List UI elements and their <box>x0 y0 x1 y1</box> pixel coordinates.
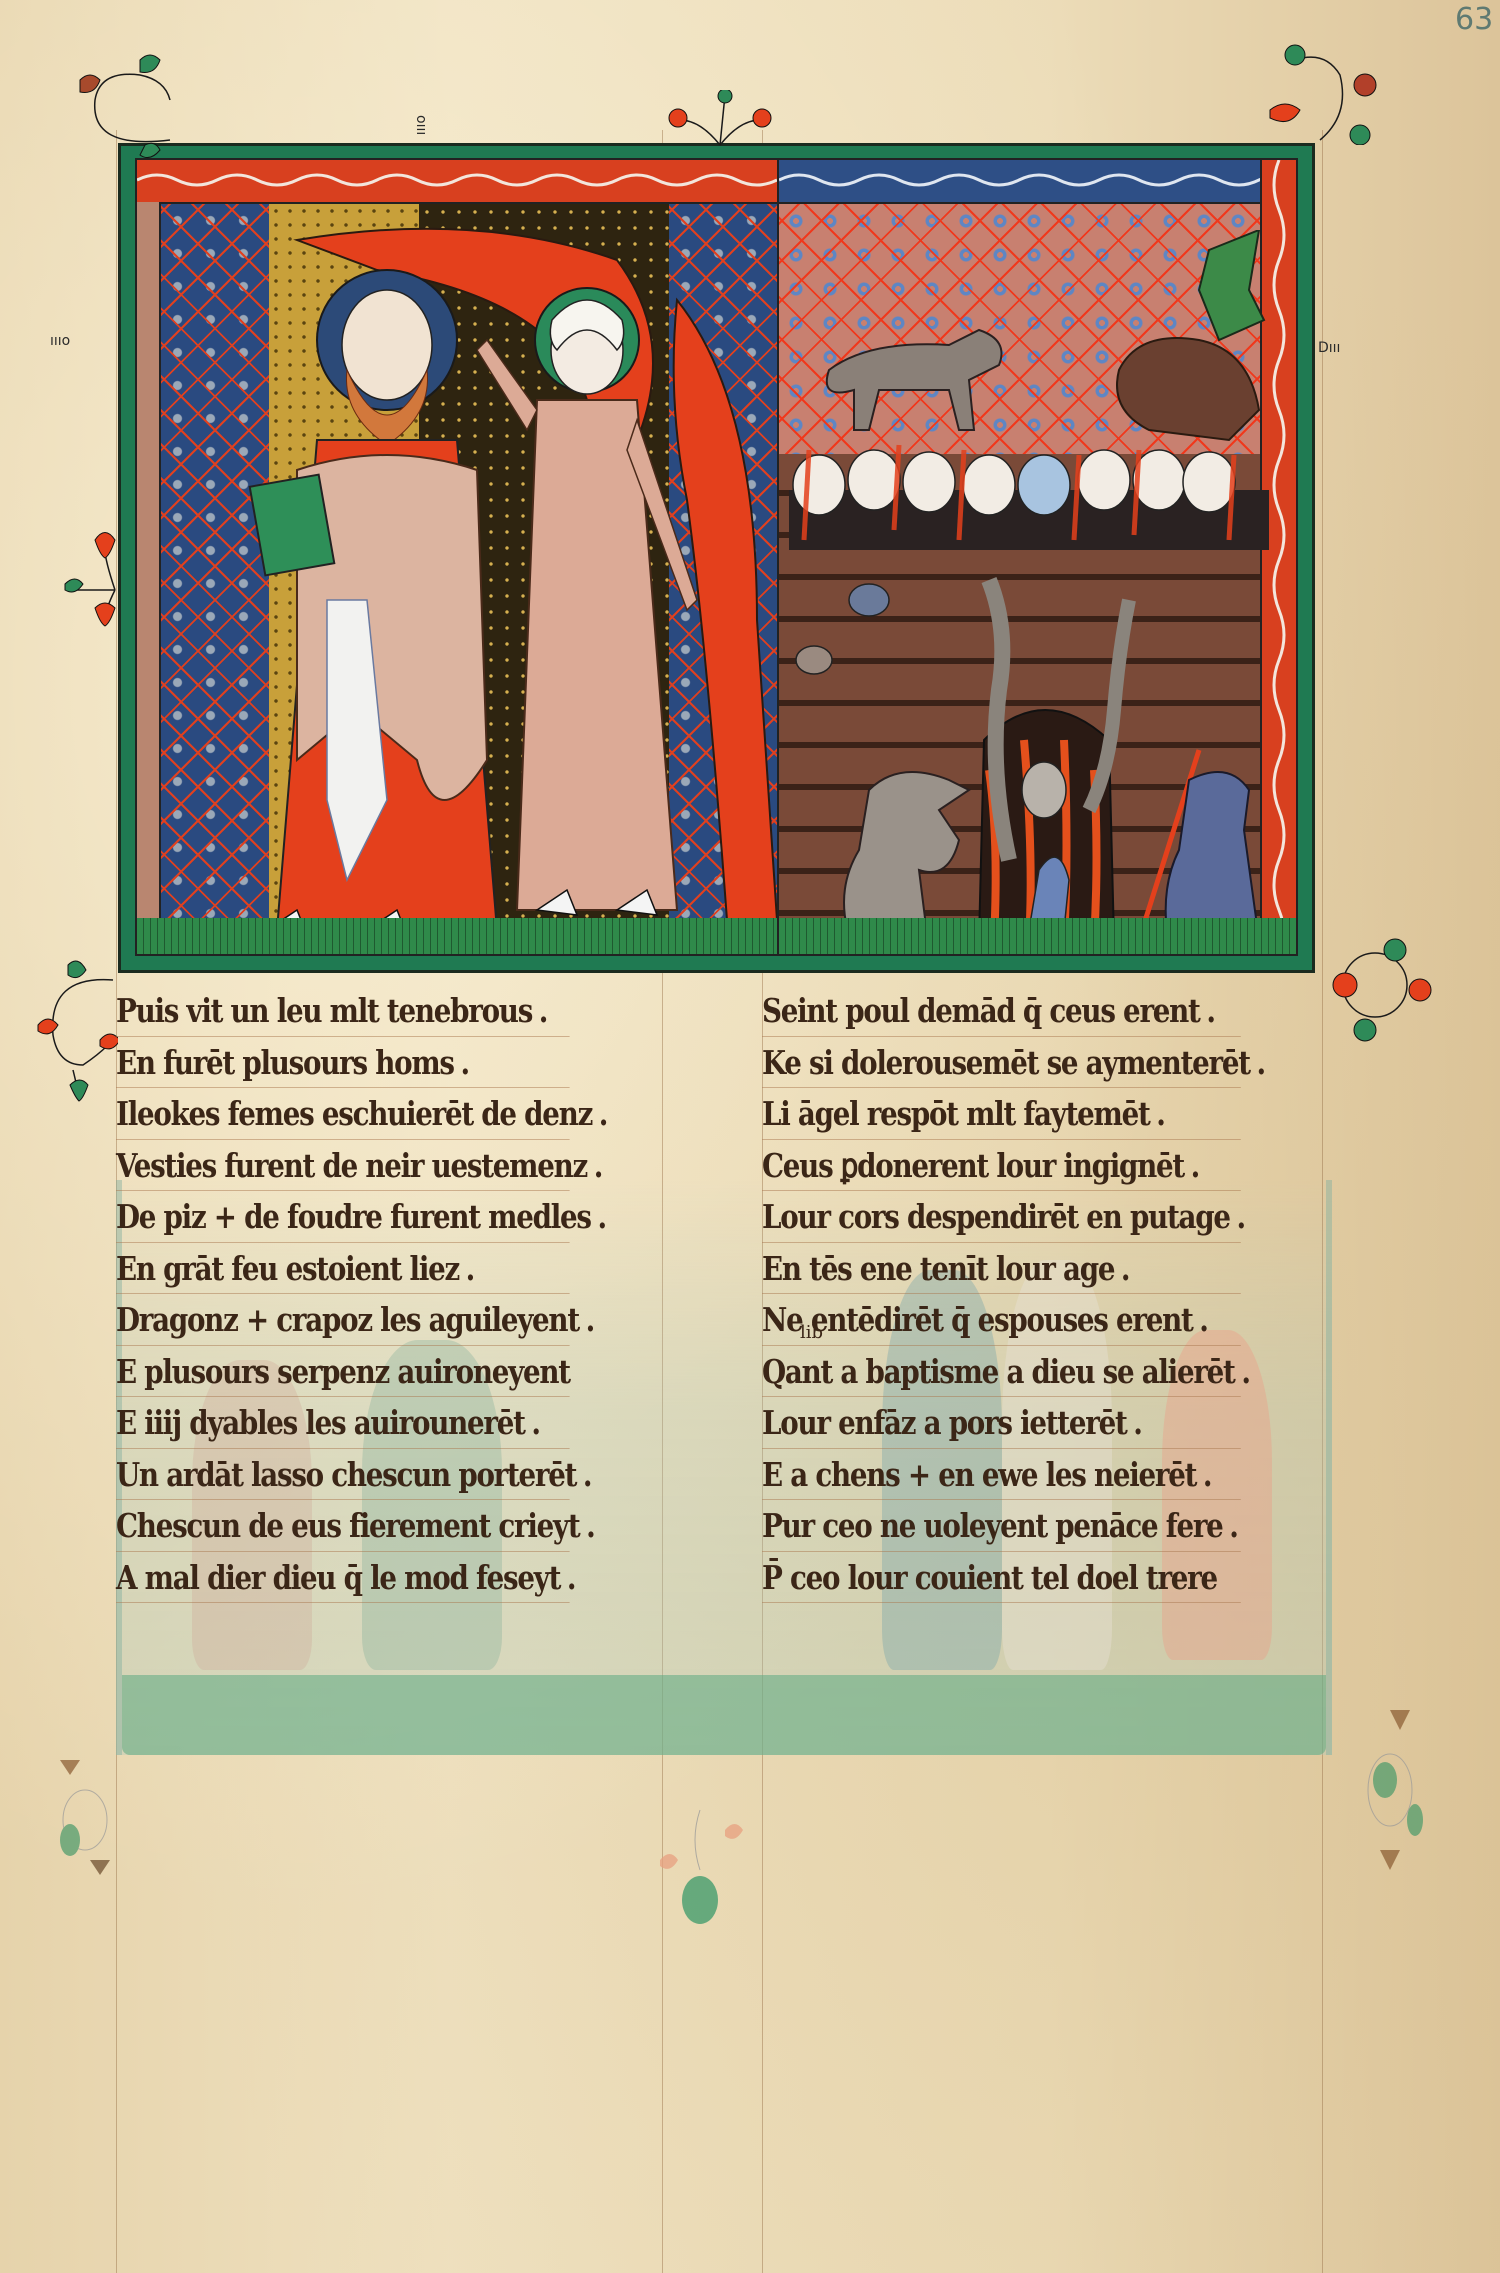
miniature-right-scene <box>777 160 1296 954</box>
verse-line: E a chens + en ewe les neierēt. <box>762 1449 1241 1501</box>
verse-text: Seint poul demād q̄ ceus erent <box>762 991 1200 1030</box>
verse-line: Seint poul demād q̄ ceus erent. <box>762 985 1241 1037</box>
faded-vine-flourish-icon <box>1355 1700 1435 1880</box>
angel-figure <box>477 270 717 930</box>
trefoil-flourish-icon <box>660 90 780 150</box>
verse-line: Lour enfāz a pors ietterēt. <box>762 1397 1241 1449</box>
verse-text: Un ardāt lasso chescun porterēt <box>116 1455 576 1494</box>
verse-text: Qant a baptisme a dieu se alierēt <box>762 1352 1235 1391</box>
verse-punctuation: . <box>466 1249 474 1288</box>
verse-line: De piz + de foudre furent medles. <box>116 1191 570 1243</box>
toad-icon <box>789 630 839 690</box>
damned-souls-row <box>789 430 1269 550</box>
verse-punctuation: . <box>597 1197 605 1236</box>
verse-line: Qant a baptisme a dieu se alierēt. <box>762 1346 1241 1398</box>
verse-line: E plusours serpenz auironeyent <box>116 1346 570 1398</box>
verse-punctuation: . <box>1156 1094 1164 1133</box>
margin-mark-right: Dııı <box>1318 340 1340 356</box>
verse-text: Li āgel respōt mlt faytemēt <box>762 1094 1150 1133</box>
verse-text: De piz + de foudre furent medles <box>116 1197 591 1236</box>
verse-text: Ne entēdirēt q̄ espouses erent <box>762 1300 1193 1339</box>
miniature-inner-frame <box>135 158 1298 956</box>
verse-line: En grāt feu estoient liez. <box>116 1243 570 1295</box>
verse-punctuation: . <box>539 991 547 1030</box>
verse-line: Dragonz + crapoz les aguileyent. <box>116 1294 570 1346</box>
margin-mark-top: oııı <box>413 115 429 135</box>
verse-text: A mal dier dieu q̄ le mod feseyt <box>116 1558 560 1597</box>
verse-text: Ceus ꝑdonerent lour ingignēt <box>762 1146 1184 1185</box>
vine-flourish-icon <box>70 40 180 160</box>
verse-line: Li āgel respōt mlt faytemēt. <box>762 1088 1241 1140</box>
toad-icon <box>839 570 899 630</box>
verse-punctuation: . <box>1203 1455 1211 1494</box>
verse-punctuation: . <box>1199 1300 1207 1339</box>
trefoil-flourish-icon <box>1265 35 1395 145</box>
verse-punctuation: . <box>567 1558 575 1597</box>
verse-text: Lour cors despendirēt en putage <box>762 1197 1230 1236</box>
grey-beast-figure <box>809 310 1029 440</box>
verse-punctuation: . <box>1229 1506 1237 1545</box>
verse-punctuation: . <box>594 1146 602 1185</box>
verse-text: Chescun de eus fierement crieyt <box>116 1506 579 1545</box>
verse-line: Ceus ꝑdonerent lour ingignēt. <box>762 1140 1241 1192</box>
verse-punctuation: . <box>1241 1352 1249 1391</box>
illuminated-miniature <box>118 143 1315 973</box>
verse-punctuation: . <box>1236 1197 1244 1236</box>
verse-line: Vesties furent de neir uestemenz. <box>116 1140 570 1192</box>
verse-line: Un ardāt lasso chescun porterēt. <box>116 1449 570 1501</box>
verse-text: E plusours serpenz auironeyent <box>116 1352 570 1391</box>
grass-ground-right <box>779 918 1296 954</box>
verse-punctuation: . <box>1256 1043 1264 1082</box>
verse-punctuation: . <box>586 1300 594 1339</box>
verse-punctuation: . <box>1206 991 1214 1030</box>
verse-line: En tēs ene tenīt lour age. <box>762 1243 1241 1295</box>
verse-text: En tēs ene tenīt lour age <box>762 1249 1114 1288</box>
verse-text: Ke si dolerousemēt se aymenterēt <box>762 1043 1250 1082</box>
faded-vine-flourish-icon <box>640 1800 760 1940</box>
margin-mark-left: ıııo <box>50 333 70 349</box>
verse-text: Ileokes femes eschuierēt de denz <box>116 1094 592 1133</box>
verse-line: Ileokes femes eschuierēt de denz. <box>116 1088 570 1140</box>
faded-vine-flourish-icon <box>40 1750 120 1880</box>
verse-punctuation: . <box>1133 1403 1141 1442</box>
wave-ornament-icon <box>137 170 777 190</box>
verse-line: E iiij dyables les auirounerēt. <box>116 1397 570 1449</box>
trefoil-vine-flourish-icon <box>1315 930 1445 1050</box>
verse-line: Ne entēdirēt q̄ espouses erent. <box>762 1294 1241 1346</box>
underdrawing-ground <box>122 1675 1326 1755</box>
verse-text: Lour enfāz a pors ietterēt <box>762 1403 1127 1442</box>
verse-punctuation: . <box>599 1094 607 1133</box>
leaf-vine-flourish-icon <box>28 955 118 1105</box>
verse-punctuation: . <box>531 1403 539 1442</box>
text-column-left: Puis vit un leu mlt tenebrous. En furēt … <box>116 985 656 1603</box>
verse-line: Puis vit un leu mlt tenebrous. <box>116 985 570 1037</box>
verse-line: P̄ ceo lour couient tel doel trere <box>762 1552 1241 1604</box>
verse-punctuation: . <box>1121 1249 1129 1288</box>
verse-text: Dragonz + crapoz les aguileyent <box>116 1300 579 1339</box>
verse-text: Puis vit un leu mlt tenebrous <box>116 991 532 1030</box>
verse-line: En furēt plusours homs. <box>116 1037 570 1089</box>
verse-text: P̄ ceo lour couient tel doel trere <box>762 1558 1217 1597</box>
verse-text: Vesties furent de neir uestemenz <box>116 1146 587 1185</box>
top-red-band <box>137 160 777 204</box>
verse-punctuation: . <box>1191 1146 1199 1185</box>
verse-text: E a chens + en ewe les neierēt <box>762 1455 1196 1494</box>
leaf-vine-flourish-icon <box>55 520 135 630</box>
grass-ground-left <box>137 918 777 954</box>
verse-text: En grāt feu estoient liez <box>116 1249 459 1288</box>
verse-text: E iiij dyables les auirounerēt <box>116 1403 525 1442</box>
folio-number: 63 <box>1455 2 1493 37</box>
verse-punctuation: . <box>460 1043 468 1082</box>
text-column-right: Seint poul demād q̄ ceus erent. Ke si do… <box>762 985 1332 1603</box>
interlinear-annotation: lib <box>800 1322 823 1343</box>
verse-line: Pur ceo ne uoleyent penāce fere. <box>762 1500 1241 1552</box>
top-blue-band <box>779 160 1296 204</box>
miniature-left-scene <box>137 160 777 954</box>
verse-line: Ke si dolerousemēt se aymenterēt. <box>762 1037 1241 1089</box>
verse-text: Pur ceo ne uoleyent penāce fere <box>762 1506 1223 1545</box>
left-side-bar <box>137 202 161 954</box>
verse-punctuation: . <box>583 1455 591 1494</box>
verse-line: Chescun de eus fierement crieyt. <box>116 1500 570 1552</box>
verse-line: A mal dier dieu q̄ le mod feseyt. <box>116 1552 570 1604</box>
wave-ornament-icon <box>779 170 1296 190</box>
verse-punctuation: . <box>586 1506 594 1545</box>
winged-dragon-figure <box>1109 230 1269 450</box>
verse-line: Lour cors despendirēt en putage. <box>762 1191 1241 1243</box>
verse-text: En furēt plusours homs <box>116 1043 454 1082</box>
